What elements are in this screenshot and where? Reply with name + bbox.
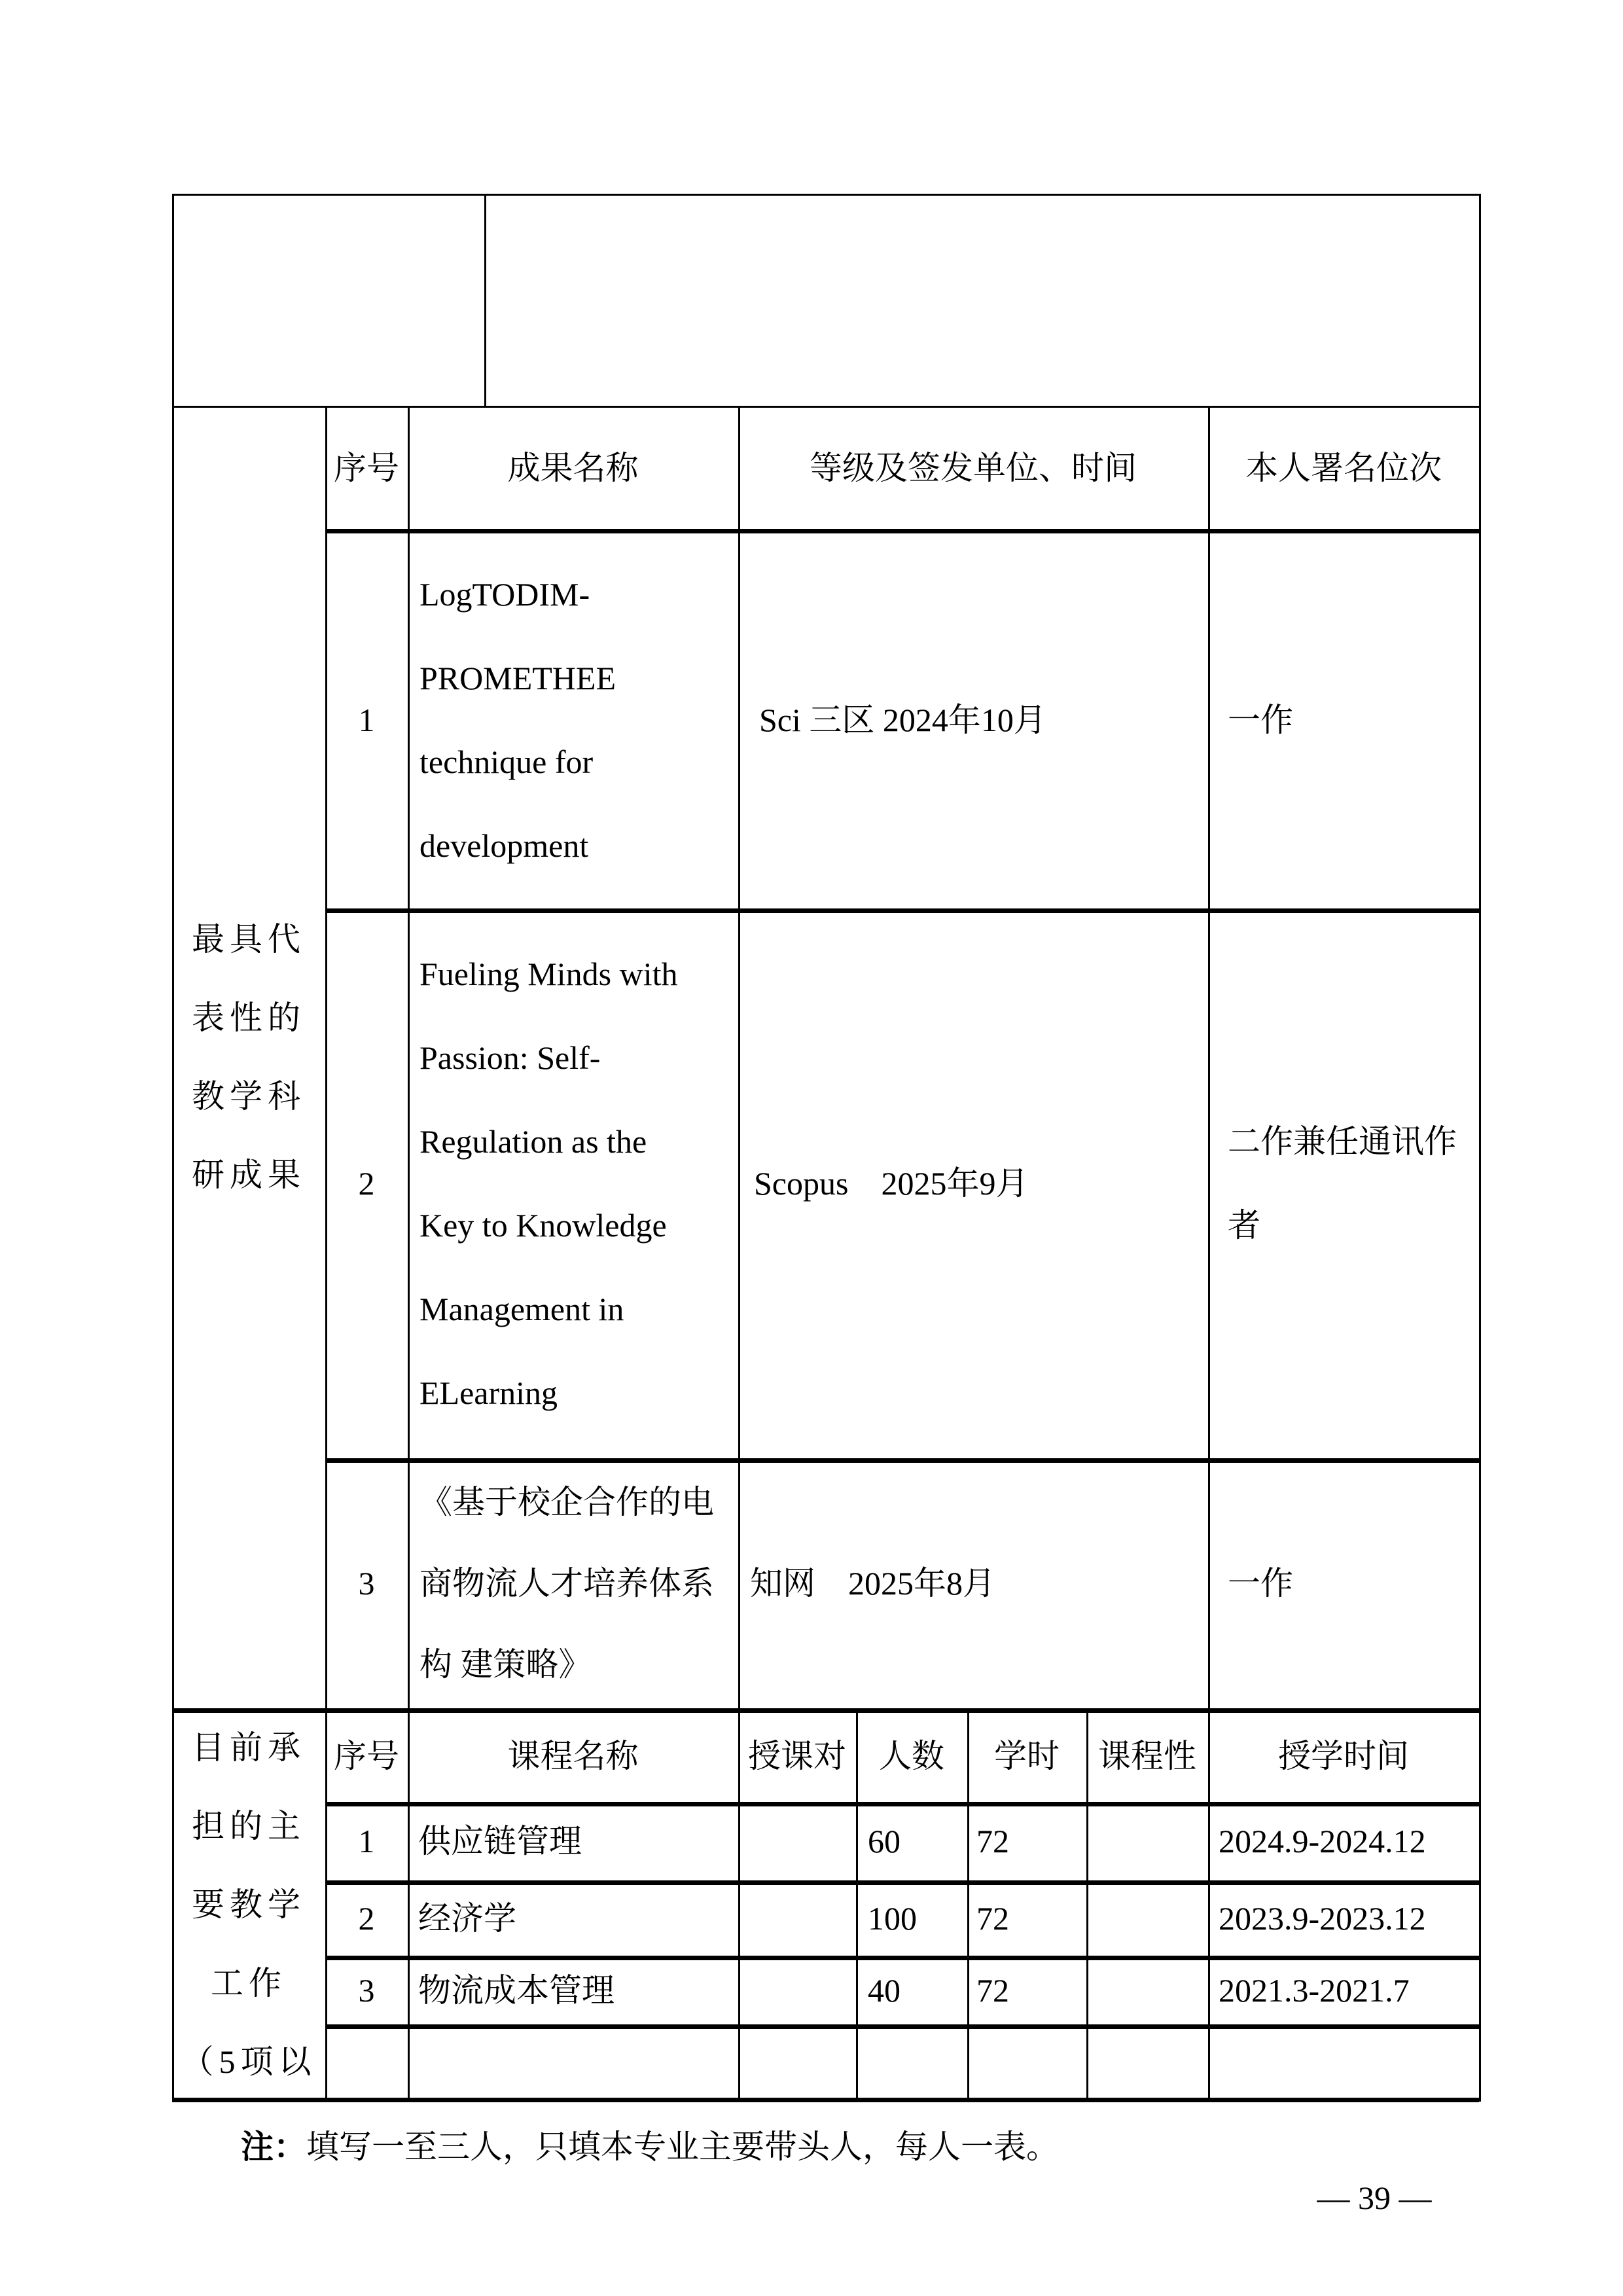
teaching-row-students: 100 <box>856 1880 967 1956</box>
teaching-header-seq: 序号 <box>325 1710 408 1802</box>
achievement-row-seq: 1 <box>325 531 408 908</box>
teaching-header-audience: 授课对 <box>738 1710 856 1802</box>
teaching-row-audience <box>738 1880 856 1956</box>
achievement-row-name: Fueling Minds withPassion: Self-Regulati… <box>408 908 738 1458</box>
form-document-page: 最具代表性的教学科研成果 序号 成果名称 等级及签发单位、时间 本人署名位次 1… <box>0 0 1623 2296</box>
footnote-label: 注： <box>241 2121 306 2168</box>
footnote: 注：填写一至三人，只填本专业主要带头人，每人一表。 <box>241 2119 1059 2169</box>
teaching-header-type: 课程性 <box>1086 1710 1208 1802</box>
achievement-row-name: LogTODIM-PROMETHEEtechnique fordevelopme… <box>408 531 738 908</box>
teaching-row-audience <box>738 2024 856 2098</box>
teaching-row-course: 经济学 <box>408 1880 738 1956</box>
achievement-row-position: 一作 <box>1208 1458 1479 1708</box>
teaching-row-seq: 3 <box>325 1956 408 2024</box>
top-table-left-cell <box>174 196 482 404</box>
teaching-header-time: 授学时间 <box>1208 1710 1479 1802</box>
achievement-row-grade: 知网 2025年8月 <box>738 1458 1208 1708</box>
teaching-row-hours: 72 <box>967 1802 1086 1880</box>
teaching-row-type <box>1086 1956 1208 2024</box>
achievements-header-seq: 序号 <box>325 406 408 530</box>
achievements-row-label: 最具代表性的教学科研成果 <box>172 406 325 1708</box>
teaching-header-hours: 学时 <box>967 1710 1086 1802</box>
teaching-row-seq <box>325 2024 408 2098</box>
teaching-row-seq: 1 <box>325 1802 408 1880</box>
achievements-header-position: 本人署名位次 <box>1208 406 1479 530</box>
teaching-row-type <box>1086 2024 1208 2098</box>
footnote-text: 填写一至三人，只填本专业主要带头人，每人一表。 <box>306 2121 1059 2168</box>
achievement-row-position: 二作兼任通讯作者 <box>1208 908 1479 1458</box>
teaching-row-students <box>856 2024 967 2098</box>
achievement-row-grade: Scopus 2025年9月 <box>738 908 1208 1458</box>
teaching-row-course: 供应链管理 <box>408 1802 738 1880</box>
teaching-row-audience <box>738 1956 856 2024</box>
page-number: — 39 — <box>1276 2172 1472 2224</box>
teaching-row-type <box>1086 1880 1208 1956</box>
teaching-row-hours: 72 <box>967 1956 1086 2024</box>
teaching-row-time: 2023.9-2023.12 <box>1208 1880 1479 1956</box>
teaching-row-type <box>1086 1802 1208 1880</box>
teaching-row-seq: 2 <box>325 1880 408 1956</box>
teaching-header-course: 课程名称 <box>408 1710 738 1802</box>
achievement-row-seq: 2 <box>325 908 408 1458</box>
teaching-row-time: 2021.3-2021.7 <box>1208 1956 1479 2024</box>
top-table-right-cell <box>486 196 1477 404</box>
teaching-row-label: 目前承担的主要教学工作（5项以 <box>172 1710 325 2100</box>
teaching-row-hours <box>967 2024 1086 2098</box>
teaching-row-time: 2024.9-2024.12 <box>1208 1802 1479 1880</box>
teaching-row-students: 40 <box>856 1956 967 2024</box>
teaching-header-students: 人数 <box>856 1710 967 1802</box>
teaching-row-students: 60 <box>856 1802 967 1880</box>
table-grid-line <box>1479 194 1481 2102</box>
table-grid-line <box>172 2098 1479 2102</box>
teaching-row-time <box>1208 2024 1479 2098</box>
achievement-row-seq: 3 <box>325 1458 408 1708</box>
achievement-row-grade: Sci 三区 2024年10月 <box>738 531 1208 908</box>
achievements-header-name: 成果名称 <box>408 406 738 530</box>
teaching-row-audience <box>738 1802 856 1880</box>
teaching-row-hours: 72 <box>967 1880 1086 1956</box>
teaching-row-course <box>408 2024 738 2098</box>
achievement-row-position: 一作 <box>1208 531 1479 908</box>
achievement-row-name: 《基于校企合作的电商物流人才培养体系构 建策略》 <box>408 1458 738 1708</box>
teaching-row-course: 物流成本管理 <box>408 1956 738 2024</box>
achievements-header-grade: 等级及签发单位、时间 <box>738 406 1208 530</box>
